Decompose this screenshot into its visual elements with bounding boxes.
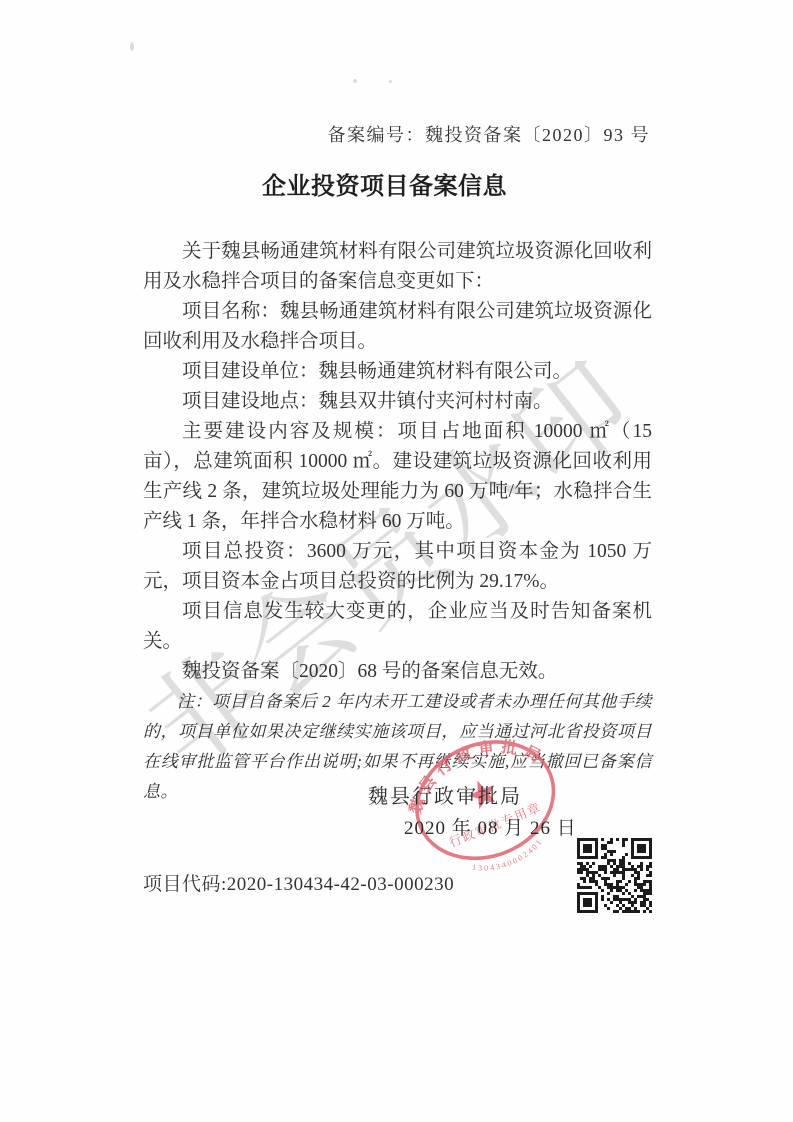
paragraph-invalid-filing: 魏投资备案〔2020〕68 号的备案信息无效。 bbox=[143, 657, 652, 687]
paragraph-project-unit: 项目建设单位：魏县畅通建筑材料有限公司。 bbox=[143, 357, 652, 387]
paragraph-investment: 项目总投资：3600 万元，其中项目资本金为 1050 万元，项目资本金占项目总… bbox=[143, 537, 652, 597]
filing-number: 备案编号：魏投资备案〔2020〕93 号 bbox=[143, 121, 650, 147]
scan-speck bbox=[353, 79, 357, 83]
qr-code bbox=[577, 838, 652, 913]
document-body: 关于魏县畅通建筑材料有限公司建筑垃圾资源化回收利用及水稳拌合项目的备案信息变更如… bbox=[143, 237, 652, 807]
paragraph-project-scale: 主要建设内容及规模：项目占地面积 10000 ㎡（15 亩），总建筑面积 100… bbox=[143, 417, 652, 537]
document-title: 企业投资项目备案信息 bbox=[131, 166, 638, 201]
issue-date: 2020 年 08 月 26 日 bbox=[404, 813, 577, 840]
paragraph-project-location: 项目建设地点：魏县双井镇付夹河村村南。 bbox=[143, 387, 652, 417]
document-page: 非会员水印 备案编号：魏投资备案〔2020〕93 号 企业投资项目备案信息 关于… bbox=[0, 0, 793, 1122]
issuer-name: 魏县行政审批局 bbox=[368, 780, 522, 809]
paragraph-change-notice: 项目信息发生较大变更的，企业应当及时告知备案机关。 bbox=[143, 597, 652, 657]
scan-speck bbox=[130, 42, 134, 51]
project-code: 项目代码:2020-130434-42-03-000230 bbox=[143, 869, 454, 896]
paragraph-project-name: 项目名称：魏县畅通建筑材料有限公司建筑垃圾资源化回收利用及水稳拌合项目。 bbox=[143, 297, 652, 357]
paragraph-intro: 关于魏县畅通建筑材料有限公司建筑垃圾资源化回收利用及水稳拌合项目的备案信息变更如… bbox=[143, 237, 652, 297]
scan-speck bbox=[389, 80, 392, 83]
